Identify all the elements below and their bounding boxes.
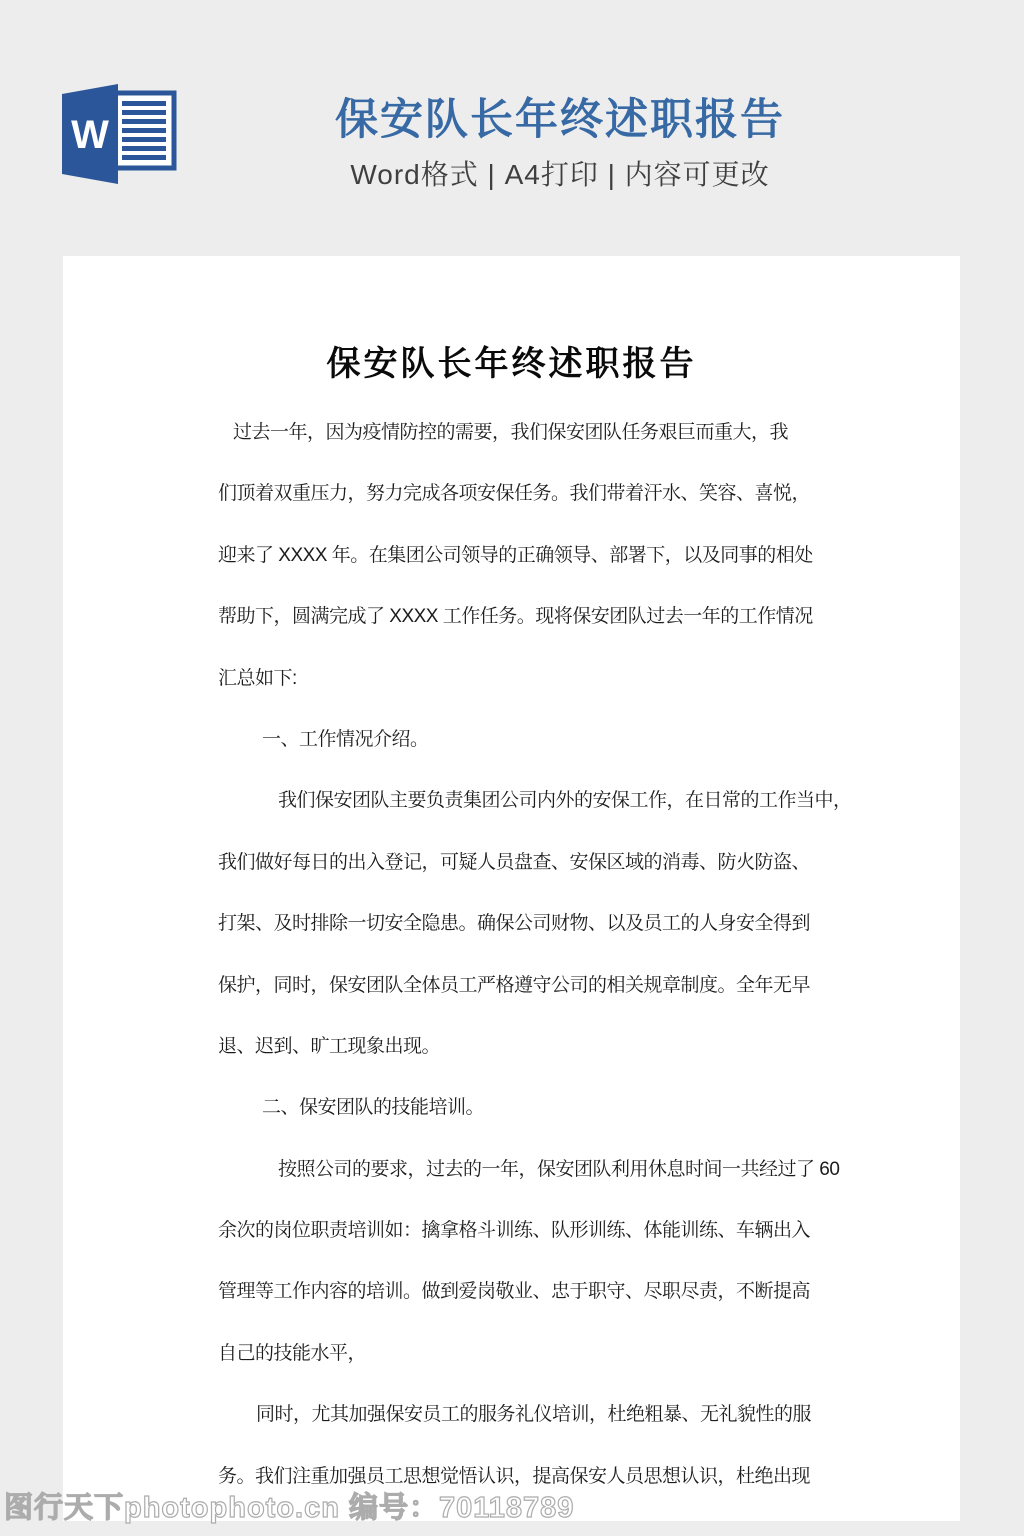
document-text-line: 们顶着双重压力，努力完成各项安保任务。我们带着汗水、笑容、喜悦， (218, 463, 848, 524)
header-text-block: 保安队长年终述职报告 Word格式 | A4打印 | 内容可更改 (300, 96, 820, 193)
template-preview-canvas: W 保安队长年终述职报告 Word格式 | A4打印 | 内容可更改 保安队长年… (0, 0, 1024, 1536)
document-text-line: 打架、及时排除一切安全隐患。确保公司财物、以及员工的人身安全得到 (218, 893, 848, 954)
word-icon-letter: W (71, 113, 109, 157)
document-text-line: 管理等工作内容的培训。做到爱岗敬业、忠于职守、尽职尽责，不断提高 (218, 1261, 848, 1322)
document-text-line: 保护，同时，保安团队全体员工严格遵守公司的相关规章制度。全年无早 (218, 955, 848, 1016)
document-text-line: 余次的岗位职责培训如：擒拿格斗训练、队形训练、体能训练、车辆出入 (218, 1200, 848, 1261)
document-body: 过去一年，因为疫情防控的需要，我们保安团队任务艰巨而重大，我们顶着双重压力，努力… (218, 402, 848, 1507)
document-text-line: 二、保安团队的技能培训。 (218, 1077, 848, 1138)
document-text-line: 一、工作情况介绍。 (218, 709, 848, 770)
document-text-line: 退、迟到、旷工现象出现。 (218, 1016, 848, 1077)
document-text-line: 汇总如下: (218, 648, 848, 709)
document-text-line: 我们做好每日的出入登记，可疑人员盘查、安保区域的消毒、防火防盗、 (218, 832, 848, 893)
document-page: 保安队长年终述职报告 过去一年，因为疫情防控的需要，我们保安团队任务艰巨而重大，… (63, 256, 960, 1521)
document-text-line: 同时，尤其加强保安员工的服务礼仪培训，杜绝粗暴、无礼貌性的服 (218, 1384, 848, 1445)
document-text-line: 自己的技能水平， (218, 1323, 848, 1384)
site-watermark: 图行天下photophoto.cn 编号：70118789 (4, 1492, 574, 1524)
document-text-line: 帮助下，圆满完成了 XXXX 工作任务。现将保安团队过去一年的工作情况 (218, 586, 848, 647)
document-text-line: 过去一年，因为疫情防控的需要，我们保安团队任务艰巨而重大，我 (218, 402, 848, 463)
document-text-line: 迎来了 XXXX 年。在集团公司领导的正确领导、部署下，以及同事的相处 (218, 525, 848, 586)
word-file-icon: W (62, 84, 180, 184)
template-format-subtitle: Word格式 | A4打印 | 内容可更改 (300, 157, 820, 193)
preview-header: W 保安队长年终述职报告 Word格式 | A4打印 | 内容可更改 (0, 0, 1024, 256)
document-text-line: 我们保安团队主要负责集团公司内外的安保工作，在日常的工作当中， (218, 770, 848, 831)
template-title: 保安队长年终述职报告 (300, 96, 820, 144)
document-text-line: 按照公司的要求，过去的一年，保安团队利用休息时间一共经过了 60 (218, 1139, 848, 1200)
document-title: 保安队长年终述职报告 (63, 342, 960, 386)
